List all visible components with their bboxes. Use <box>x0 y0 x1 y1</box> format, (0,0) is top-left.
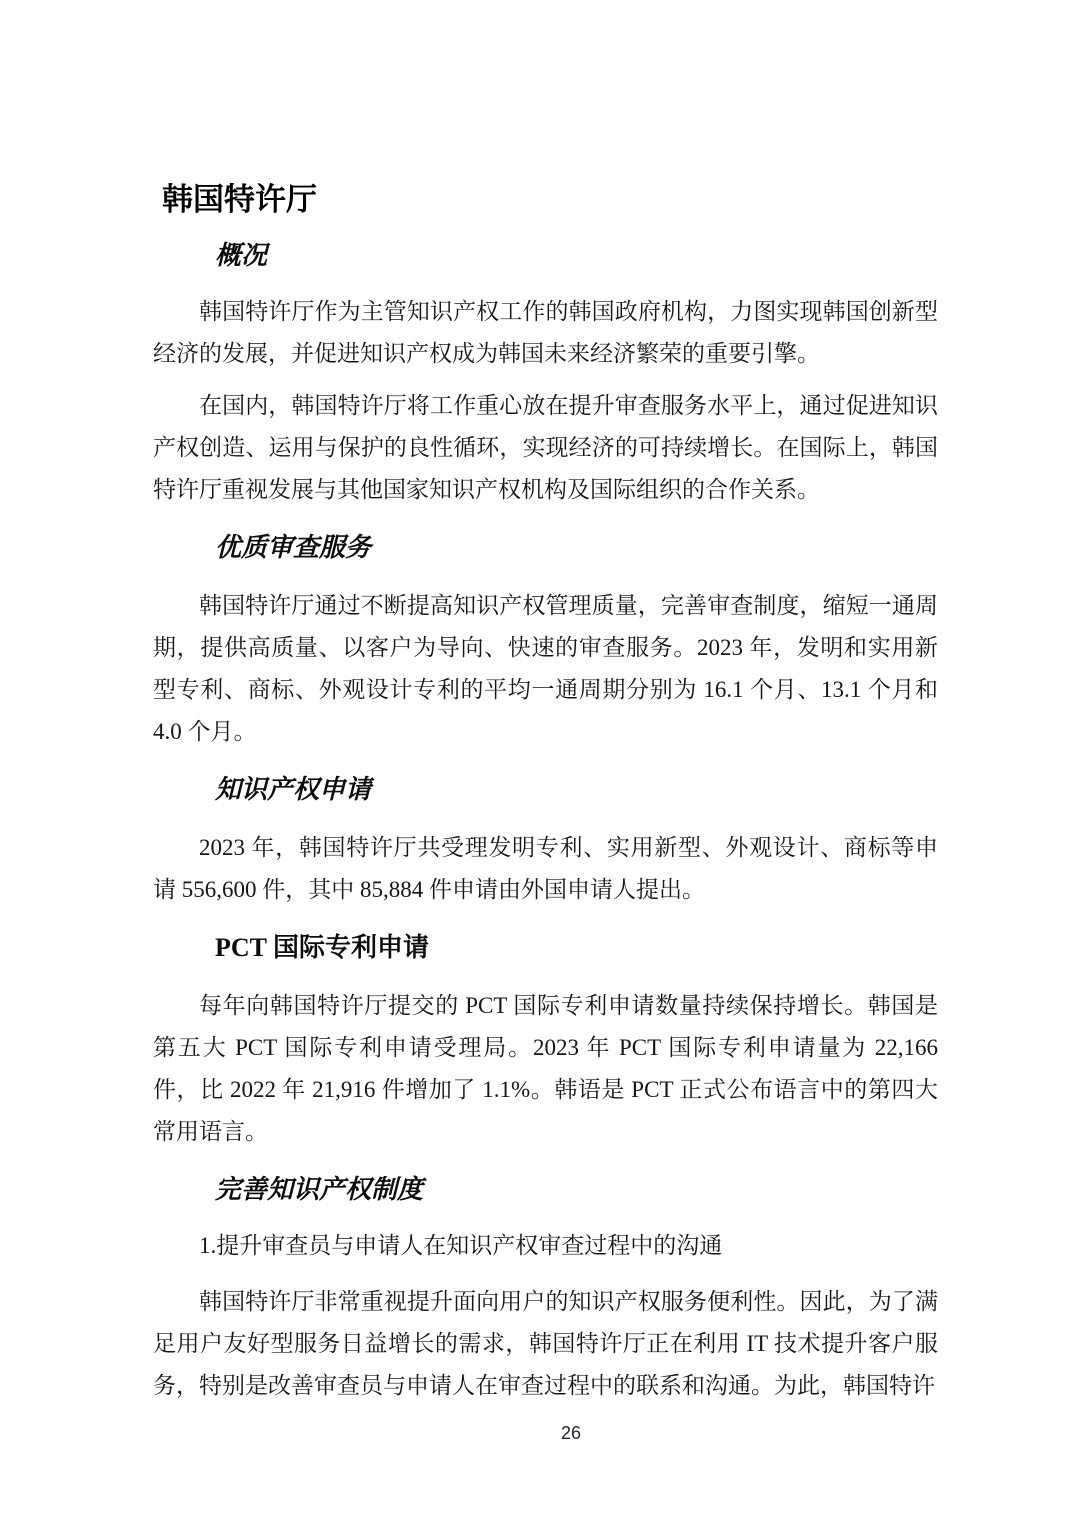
section-heading-quality-examination: 优质审查服务 <box>215 527 938 569</box>
section-heading-ip-system-improvement: 完善知识产权制度 <box>215 1169 938 1211</box>
paragraph: 韩国特许厅通过不断提高知识产权管理质量，完善审查制度，缩短一通周期，提供高质量、… <box>153 585 938 753</box>
document-page: 韩国特许厅 概况 韩国特许厅作为主管知识产权工作的韩国政府机构，力图实现韩国创新… <box>0 0 1080 1528</box>
paragraph: 韩国特许厅作为主管知识产权工作的韩国政府机构，力图实现韩国创新型经济的发展，并促… <box>153 291 938 375</box>
section-heading-pct-applications: PCT 国际专利申请 <box>215 927 938 969</box>
page-title: 韩国特许厅 <box>162 179 938 221</box>
section-heading-ip-applications: 知识产权申请 <box>215 769 938 811</box>
paragraph: 在国内，韩国特许厅将工作重心放在提升审查服务水平上，通过促进知识产权创造、运用与… <box>153 385 938 511</box>
paragraph: 2023 年，韩国特许厅共受理发明专利、实用新型、外观设计、商标等申请 556,… <box>153 827 938 911</box>
page-number: 26 <box>561 1423 581 1444</box>
paragraph: 每年向韩国特许厅提交的 PCT 国际专利申请数量持续保持增长。韩国是第五大 PC… <box>153 985 938 1153</box>
paragraph: 韩国特许厅非常重视提升面向用户的知识产权服务便利性。因此，为了满足用户友好型服务… <box>153 1281 938 1407</box>
section-heading-overview: 概况 <box>215 235 938 277</box>
numbered-item: 1.提升审查员与申请人在知识产权审查过程中的沟通 <box>153 1225 938 1267</box>
